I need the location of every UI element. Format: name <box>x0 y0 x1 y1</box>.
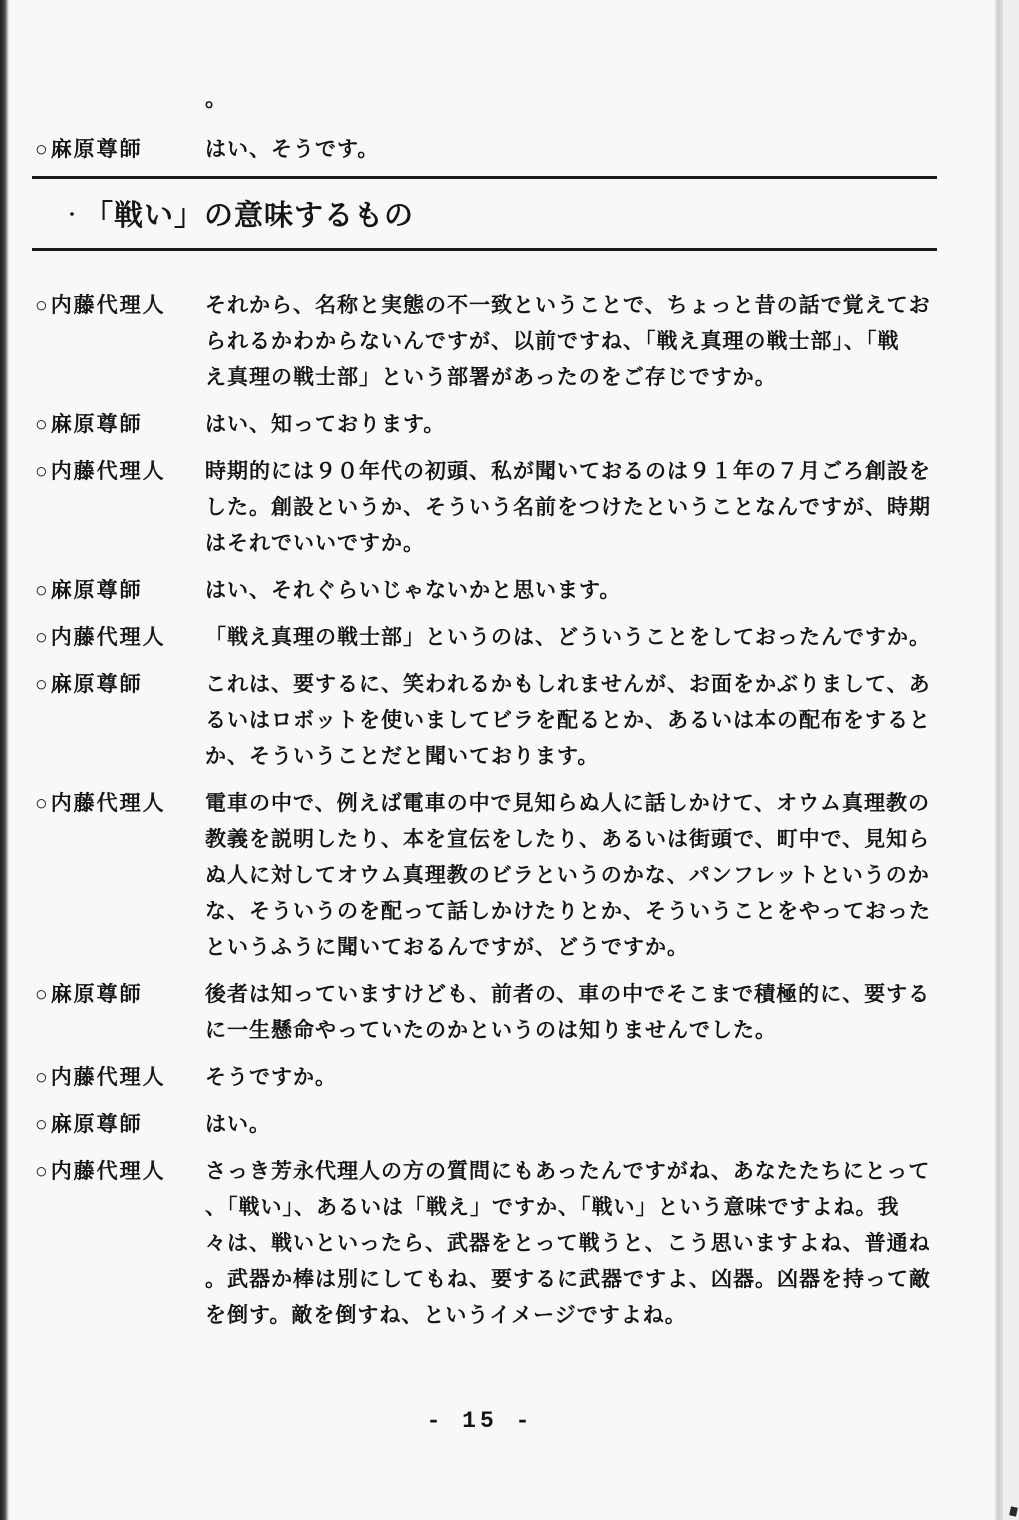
speaker-circle-icon: ○ <box>35 460 50 483</box>
speaker-circle-icon: ○ <box>35 673 50 696</box>
dialogue-text: 後者は知っていますけども、前者の、車の中でそこまで積極的に、要するに一生懸命やっ… <box>205 977 999 1049</box>
speaker-circle-icon: ○ <box>35 1113 50 1136</box>
dialogue-line: 々は、戦いといったら、武器をとって戦うと、こう思いますよね、普通ね <box>205 1226 999 1262</box>
dialogue-turn: ○麻原尊師はい、知っております。 <box>35 407 999 443</box>
dialogue-line: 電車の中で、例えば電車の中で見知らぬ人に話しかけて、オウム真理教の <box>205 786 999 822</box>
dialogue-line: 時期的には９０年代の初頭、私が聞いておるのは９１年の７月ごろ創設を <box>205 454 999 490</box>
speaker-label: ○内藤代理人 <box>35 454 205 490</box>
dialogue-turn: ○内藤代理人それから、名称と実態の不一致ということで、ちょっと昔の話で覚えておら… <box>35 288 999 396</box>
dialogue-text: これは、要するに、笑われるかもしれませんが、お面をかぶりまして、あるいはロボット… <box>205 667 999 775</box>
dialogue-text: それから、名称と実態の不一致ということで、ちょっと昔の話で覚えておられるかわから… <box>205 288 999 396</box>
dialogue-text: 「戦え真理の戦士部」というのは、どういうことをしておったんですか。 <box>205 620 999 656</box>
dialogue-line: はい、それぐらいじゃないかと思います。 <box>205 573 999 609</box>
dialogue-turn: ○麻原尊師はい、それぐらいじゃないかと思います。 <box>35 573 999 609</box>
speaker-label: ○麻原尊師 <box>35 132 205 168</box>
dialogue-line: な、そういうのを配って話しかけたりとか、そういうことをやっておった <box>205 894 999 930</box>
dialogue-turn: ○内藤代理人電車の中で、例えば電車の中で見知らぬ人に話しかけて、オウム真理教の教… <box>35 786 999 966</box>
speaker-circle-icon: ○ <box>35 413 50 436</box>
dialogue-text: そうですか。 <box>205 1060 999 1096</box>
speaker-circle-icon: ○ <box>35 792 50 815</box>
dialogue-line: はそれでいいですか。 <box>205 526 999 562</box>
speaker-label: ○麻原尊師 <box>35 407 205 443</box>
dialogue-line: はい、知っております。 <box>205 407 999 443</box>
speaker-name: 内藤代理人 <box>51 792 166 815</box>
speaker-circle-icon: ○ <box>35 1160 50 1183</box>
dialogue-line: はい、そうです。 <box>205 132 999 168</box>
dialogue-line: か、そういうことだと聞いております。 <box>205 739 999 775</box>
dialogue-line: さっき芳永代理人の方の質問にもあったんですがね、あなたたちにとって <box>205 1154 999 1190</box>
speaker-name: 内藤代理人 <box>51 460 166 483</box>
dialogue-turn: ○麻原尊師 はい、そうです。 <box>35 132 999 168</box>
dialogue-line: それから、名称と実態の不一致ということで、ちょっと昔の話で覚えてお <box>205 288 999 324</box>
dialogue-turn: ○麻原尊師はい。 <box>35 1107 999 1143</box>
scanned-page: 。 ○麻原尊師 はい、そうです。 ・ 「戦い」の意味するもの ○内藤代理人それか… <box>0 0 1019 1520</box>
page-number: - 15 - <box>390 1408 570 1434</box>
dialogue-text: はい、知っております。 <box>205 407 999 443</box>
dialogue-line: 、「戦い」、あるいは「戦え」ですか、「戦い」という意味ですよね。我 <box>205 1190 999 1226</box>
dialogue-text: さっき芳永代理人の方の質問にもあったんですがね、あなたたちにとって、「戦い」、あ… <box>205 1154 999 1334</box>
speaker-name: 麻原尊師 <box>51 673 143 696</box>
dialogue-line: 教義を説明したり、本を宣伝をしたり、あるいは街頭で、町中で、見知ら <box>205 822 999 858</box>
speaker-label: ○内藤代理人 <box>35 786 205 822</box>
dialogue-line: え真理の戦士部」という部署があったのをご存じですか。 <box>205 360 999 396</box>
scan-edge-left-shadow <box>0 0 9 1520</box>
dialogue-turn: ○内藤代理人「戦え真理の戦士部」というのは、どういうことをしておったんですか。 <box>35 620 999 656</box>
dialogue-line: というふうに聞いておるんですが、どうですか。 <box>205 930 999 966</box>
dialogue-line: 「戦え真理の戦士部」というのは、どういうことをしておったんですか。 <box>205 620 999 656</box>
speaker-circle-icon: ○ <box>35 983 50 1006</box>
speaker-label: ○内藤代理人 <box>35 620 205 656</box>
speaker-label: ○麻原尊師 <box>35 977 205 1013</box>
speaker-name: 麻原尊師 <box>51 138 143 161</box>
dialogue-text: はい、そうです。 <box>205 132 999 168</box>
speaker-circle-icon: ○ <box>35 579 50 602</box>
dialogue-turn: ○麻原尊師後者は知っていますけども、前者の、車の中でそこまで積極的に、要するに一… <box>35 977 999 1049</box>
speaker-label: ○麻原尊師 <box>35 1107 205 1143</box>
dialogue-line: した。創設というか、そういう名前をつけたということなんですが、時期 <box>205 490 999 526</box>
dialogue-line: はい。 <box>205 1107 999 1143</box>
page-content: 。 ○麻原尊師 はい、そうです。 ・ 「戦い」の意味するもの ○内藤代理人それか… <box>35 0 999 1520</box>
speaker-name: 麻原尊師 <box>51 983 143 1006</box>
transcript: ○内藤代理人それから、名称と実態の不一致ということで、ちょっと昔の話で覚えておら… <box>35 288 999 1345</box>
speaker-name: 内藤代理人 <box>51 1066 166 1089</box>
scan-edge-right-margin <box>1003 0 1019 1520</box>
speaker-label: ○内藤代理人 <box>35 1060 205 1096</box>
dialogue-text: はい。 <box>205 1107 999 1143</box>
speaker-circle-icon: ○ <box>35 626 50 649</box>
dialogue-text: 時期的には９０年代の初頭、私が聞いておるのは９１年の７月ごろ創設をした。創設とい… <box>205 454 999 562</box>
dialogue-line: を倒す。敵を倒すね、というイメージですよね。 <box>205 1298 999 1334</box>
dialogue-line: そうですか。 <box>205 1060 999 1096</box>
dialogue-turn: ○内藤代理人さっき芳永代理人の方の質問にもあったんですがね、あなたたちにとって、… <box>35 1154 999 1334</box>
dialogue-text: 電車の中で、例えば電車の中で見知らぬ人に話しかけて、オウム真理教の教義を説明した… <box>205 786 999 966</box>
speaker-circle-icon: ○ <box>35 294 50 317</box>
carryover-sentence-period: 。 <box>205 82 227 113</box>
speaker-name: 麻原尊師 <box>51 1113 143 1136</box>
dialogue-line: るいはロボットを使いましてビラを配るとか、あるいは本の配布をすると <box>205 703 999 739</box>
speaker-name: 麻原尊師 <box>51 579 143 602</box>
dialogue-line: 後者は知っていますけども、前者の、車の中でそこまで積極的に、要する <box>205 977 999 1013</box>
speaker-name: 内藤代理人 <box>51 626 166 649</box>
dialogue-line: られるかわからないんですが、以前ですね、「戦え真理の戦士部」、「戦 <box>205 324 999 360</box>
dialogue-text: はい、それぐらいじゃないかと思います。 <box>205 573 999 609</box>
dialogue-turn: ○麻原尊師これは、要するに、笑われるかもしれませんが、お面をかぶりまして、あるい… <box>35 667 999 775</box>
speaker-name: 麻原尊師 <box>51 413 143 436</box>
speaker-circle-icon: ○ <box>35 1066 50 1089</box>
section-header: ・ 「戦い」の意味するもの <box>32 176 937 251</box>
dialogue-turn: ○内藤代理人時期的には９０年代の初頭、私が聞いておるのは９１年の７月ごろ創設をし… <box>35 454 999 562</box>
speaker-label: ○内藤代理人 <box>35 288 205 324</box>
dialogue-line: ぬ人に対してオウム真理教のビラというのかな、パンフレットというのか <box>205 858 999 894</box>
speaker-label: ○内藤代理人 <box>35 1154 205 1190</box>
dialogue-line: 。武器か棒は別にしてもね、要するに武器ですよ、凶器。凶器を持って敵 <box>205 1262 999 1298</box>
dialogue-turn: ○内藤代理人そうですか。 <box>35 1060 999 1096</box>
section-bullet-icon: ・ <box>64 202 80 225</box>
speaker-name: 内藤代理人 <box>51 1160 166 1183</box>
section-title: 「戦い」の意味するもの <box>84 193 414 234</box>
speaker-name: 内藤代理人 <box>51 294 166 317</box>
speaker-label: ○麻原尊師 <box>35 667 205 703</box>
speaker-circle-icon: ○ <box>35 138 50 161</box>
dialogue-line: に一生懸命やっていたのかというのは知りませんでした。 <box>205 1013 999 1049</box>
dialogue-line: これは、要するに、笑われるかもしれませんが、お面をかぶりまして、あ <box>205 667 999 703</box>
speaker-label: ○麻原尊師 <box>35 573 205 609</box>
